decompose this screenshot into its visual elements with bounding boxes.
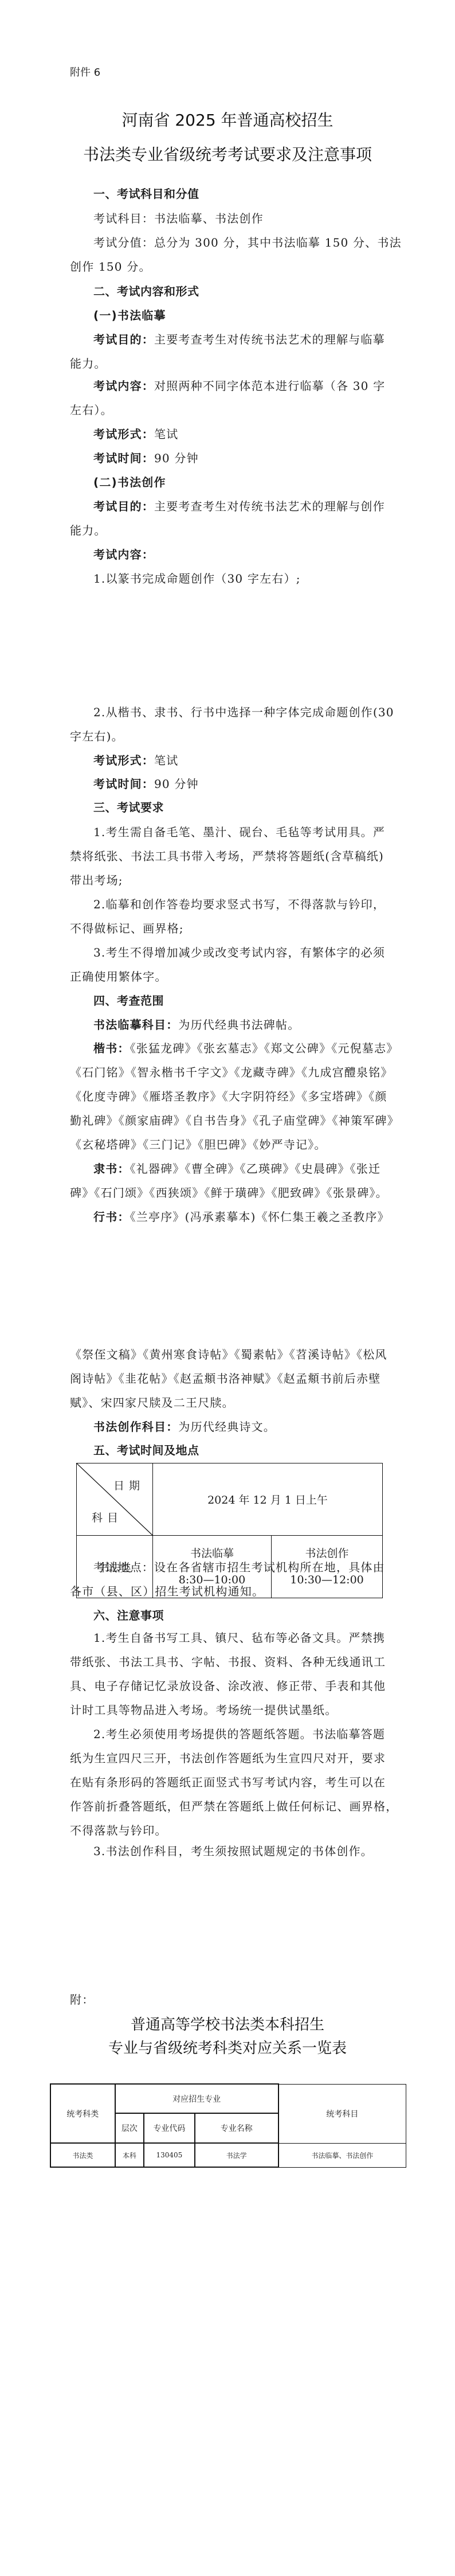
copy-form-text: 笔试 (154, 427, 178, 441)
header-code: 专业代码 (144, 2113, 194, 2143)
xingshu-line: 行书：《兰亭序》(冯承素摹本)《怀仁集王羲之圣教序》 (93, 1210, 391, 1224)
requirement-line: 禁将纸张、书法工具书带入考场，严禁将答题纸(含草稿纸) (70, 849, 391, 863)
copy-time-label: 考试时间： (93, 451, 154, 465)
create-time-text: 90 分钟 (154, 777, 199, 791)
requirement-line: 不得做标记、画界格; (70, 922, 391, 935)
kaishu-line: 《玄秘塔碑》《三门记》《胆巴碑》《妙严寺记》。 (70, 1138, 391, 1152)
major-correspondence-table: 统考科类 对应招生专业 统考科目 层次 专业代码 专业名称 书法类 本科 130… (50, 2083, 406, 2168)
subsection-heading-copy: (一)书法临摹 (93, 309, 391, 322)
kaishu-line: 《化度寺碑》《雁塔圣教序》《大字阴符经》《多宝塔碑》《颜 (70, 1090, 391, 1103)
subsection-heading-create: (二)书法创作 (93, 475, 391, 489)
create-item-2-line-2: 字左右)。 (70, 729, 391, 743)
cell-category: 书法类 (50, 2143, 115, 2167)
kaishu-text: 《张猛龙碑》《张玄墓志》《郑文公碑》《元倪墓志》 (130, 1041, 399, 1055)
copy-time: 考试时间：90 分钟 (93, 451, 391, 465)
create-form: 考试形式：笔试 (93, 754, 391, 767)
cell-name: 书法学 (195, 2143, 279, 2167)
requirement-line: 带出考场; (70, 873, 391, 887)
create-time: 考试时间：90 分钟 (93, 777, 391, 791)
page-title-line-1: 河南省 2025 年普通高校招生 (0, 111, 455, 130)
copy-content-label: 考试内容： (93, 379, 154, 393)
corner-subject-label: 科目 (92, 1509, 123, 1525)
lishu-line: 碑》《石门颂》《西狭颂》《鲜于璜碑》《肥致碑》《张景碑》。 (70, 1186, 391, 1200)
exam-date-cell: 2024 年 12 月 1 日上午 (153, 1463, 383, 1536)
copy-form-label: 考试形式： (93, 427, 154, 441)
section-heading-5: 五、考试时间及地点 (93, 1443, 391, 1457)
exam-location-line-2: 各市（县、区）招生考试机构通知。 (70, 1584, 391, 1598)
copy-time-text: 90 分钟 (154, 451, 199, 465)
create-scope-text: 为历代经典诗文。 (178, 1420, 276, 1434)
appendix-title-line-2: 专业与省级统考科类对应关系一览表 (0, 2039, 455, 2058)
notice-line: 2.考生必须使用考场提供的答题纸答题。书法临摹答题 (93, 1727, 391, 1741)
cell-subjects: 书法临摹、书法创作 (279, 2143, 406, 2167)
create-item-2-line-1: 2.从楷书、隶书、行书中选择一种字体完成命题创作(30 (93, 705, 391, 719)
kaishu-label: 楷书： (93, 1041, 130, 1055)
header-name: 专业名称 (195, 2113, 279, 2143)
requirement-line: 3.考生不得增加减少或改变考试内容，有繁体字的必须 (93, 946, 391, 959)
lishu-text: 《礼器碑》《曹全碑》《乙瑛碑》《史晨碑》《张迁 (130, 1162, 381, 1176)
section-heading-2: 二、考试内容和形式 (93, 284, 391, 298)
copy-scope-text: 为历代经典书法碑帖。 (178, 1018, 300, 1032)
requirement-line: 2.临摹和创作答卷均要求竖式书写，不得落款与钤印， (93, 897, 391, 911)
kaishu-line: 楷书：《张猛龙碑》《张玄墓志》《郑文公碑》《元倪墓志》 (93, 1041, 391, 1055)
xingshu-line: 《祭侄文稿》《黄州寒食诗帖》《蜀素帖》《苕溪诗帖》《松风 (70, 1348, 391, 1361)
appendix-title-line-1: 普通高等学校书法类本科招生 (0, 2015, 455, 2035)
notice-line: 1.考生自备书写工具、镇尺、毡布等必备文具。严禁携 (93, 1631, 391, 1645)
requirement-line: 正确使用繁体字。 (70, 970, 391, 983)
notice-line: 具、电子存储记忆录放设备、涂改液、修正带、手表和其他 (70, 1679, 391, 1693)
create-item-1: 1.以篆书完成命题创作（30 字左右）; (93, 572, 391, 586)
requirement-line: 1.考生需自备毛笔、墨汁、砚台、毛毡等考试用具。严 (93, 825, 391, 839)
create-purpose-wrap: 能力。 (70, 524, 391, 537)
create-purpose-text: 主要考查考生对传统书法艺术的理解与创作 (154, 499, 385, 513)
cell-level: 本科 (115, 2143, 144, 2167)
notice-line: 纸为生宣四尺三开，书法创作答题纸为生宣四尺对开，要求 (70, 1751, 391, 1765)
exam-subjects: 考试科目：书法临摹、书法创作 (93, 212, 391, 225)
section-heading-6: 六、注意事项 (93, 1609, 391, 1622)
copy-purpose-wrap: 能力。 (70, 357, 391, 370)
exam-score-line-1: 考试分值：总分为 300 分，其中书法临摹 150 分、书法 (93, 236, 391, 249)
table-row: 书法类 本科 130405 书法学 书法临摹、书法创作 (50, 2143, 406, 2167)
exam-schedule-table: 日期 科目 2024 年 12 月 1 日上午 书法类 书法临摹 8:30—10… (76, 1463, 383, 1598)
copy-purpose: 考试目的：主要考查考生对传统书法艺术的理解与临摹 (93, 333, 391, 346)
copy-form: 考试形式：笔试 (93, 427, 391, 441)
section-heading-4: 四、考查范围 (93, 994, 391, 1008)
create-time-label: 考试时间： (93, 777, 154, 791)
appendix-label: 附： (70, 1993, 391, 2007)
copy-scope-label: 书法临摹科目： (93, 1018, 178, 1032)
header-category: 统考科类 (50, 2084, 115, 2143)
section-heading-3: 三、考试要求 (93, 801, 391, 814)
xingshu-label: 行书： (93, 1210, 130, 1224)
notice-line: 作答前折叠答题纸，但严禁在答题纸上做任何标记、画界格， (70, 1800, 391, 1813)
corner-header-cell: 日期 科目 (77, 1463, 153, 1536)
create-content-label: 考试内容： (93, 548, 391, 561)
copy-content-wrap: 左右）。 (70, 403, 391, 417)
create-purpose-label: 考试目的： (93, 499, 154, 513)
notice-line: 3.书法创作科目，考生须按照试题规定的书体创作。 (93, 1844, 391, 1858)
corner-date-label: 日期 (113, 1477, 144, 1493)
create-form-label: 考试形式： (93, 754, 154, 767)
create-scope: 书法创作科目：为历代经典诗文。 (93, 1420, 391, 1434)
exam-location-line-1: 考试地点：设在各省辖市招生考试机构所在地，具体由 (93, 1560, 391, 1574)
create-form-text: 笔试 (154, 754, 178, 767)
copy-purpose-label: 考试目的： (93, 333, 154, 346)
cell-code: 130405 (144, 2143, 194, 2167)
notice-line: 计时工具等物品进入考场。考场统一提供试墨纸。 (70, 1703, 391, 1717)
xingshu-line: 赋》、宋四家尺牍及二王尺牍。 (70, 1396, 391, 1410)
section-heading-1: 一、考试科目和分值 (93, 187, 391, 201)
header-subjects: 统考科目 (279, 2084, 406, 2143)
exam-score-line-2: 创作 150 分。 (70, 260, 391, 274)
header-major-group: 对应招生专业 (115, 2084, 279, 2113)
lishu-label: 隶书： (93, 1162, 130, 1176)
page-title-line-2: 书法类专业省级统考考试要求及注意事项 (0, 145, 455, 165)
lishu-line: 隶书：《礼器碑》《曹全碑》《乙瑛碑》《史晨碑》《张迁 (93, 1162, 391, 1176)
copy-purpose-text: 主要考查考生对传统书法艺术的理解与临摹 (154, 333, 385, 346)
create-scope-label: 书法创作科目： (93, 1420, 178, 1434)
attachment-label: 附件 6 (70, 64, 100, 79)
copy-scope: 书法临摹科目：为历代经典书法碑帖。 (93, 1018, 391, 1032)
xingshu-line: 阁诗帖》《韭花帖》《赵孟頫书洛神赋》《赵孟頫书前后赤壁 (70, 1372, 391, 1385)
kaishu-line: 勤礼碑》《颜家庙碑》《自书告身》《孔子庙堂碑》《神策军碑》 (70, 1114, 391, 1127)
xingshu-text: 《兰亭序》(冯承素摹本)《怀仁集王羲之圣教序》 (130, 1210, 390, 1224)
copy-content-text: 对照两种不同字体范本进行临摹（各 30 字 (154, 379, 385, 393)
create-purpose: 考试目的：主要考查考生对传统书法艺术的理解与创作 (93, 499, 391, 513)
notice-line: 带纸张、书法工具书、字帖、书报、资料、各种无线通讯工 (70, 1655, 391, 1669)
header-level: 层次 (115, 2113, 144, 2143)
notice-line: 在贴有条形码的答题纸正面竖式书写考试内容，考生可以在 (70, 1775, 391, 1789)
kaishu-line: 《石门铭》《智永楷书千字文》《龙藏寺碑》《九成宫醴泉铭》 (70, 1065, 391, 1079)
copy-content: 考试内容：对照两种不同字体范本进行临摹（各 30 字 (93, 379, 391, 393)
notice-line: 不得落款与钤印。 (70, 1824, 391, 1837)
